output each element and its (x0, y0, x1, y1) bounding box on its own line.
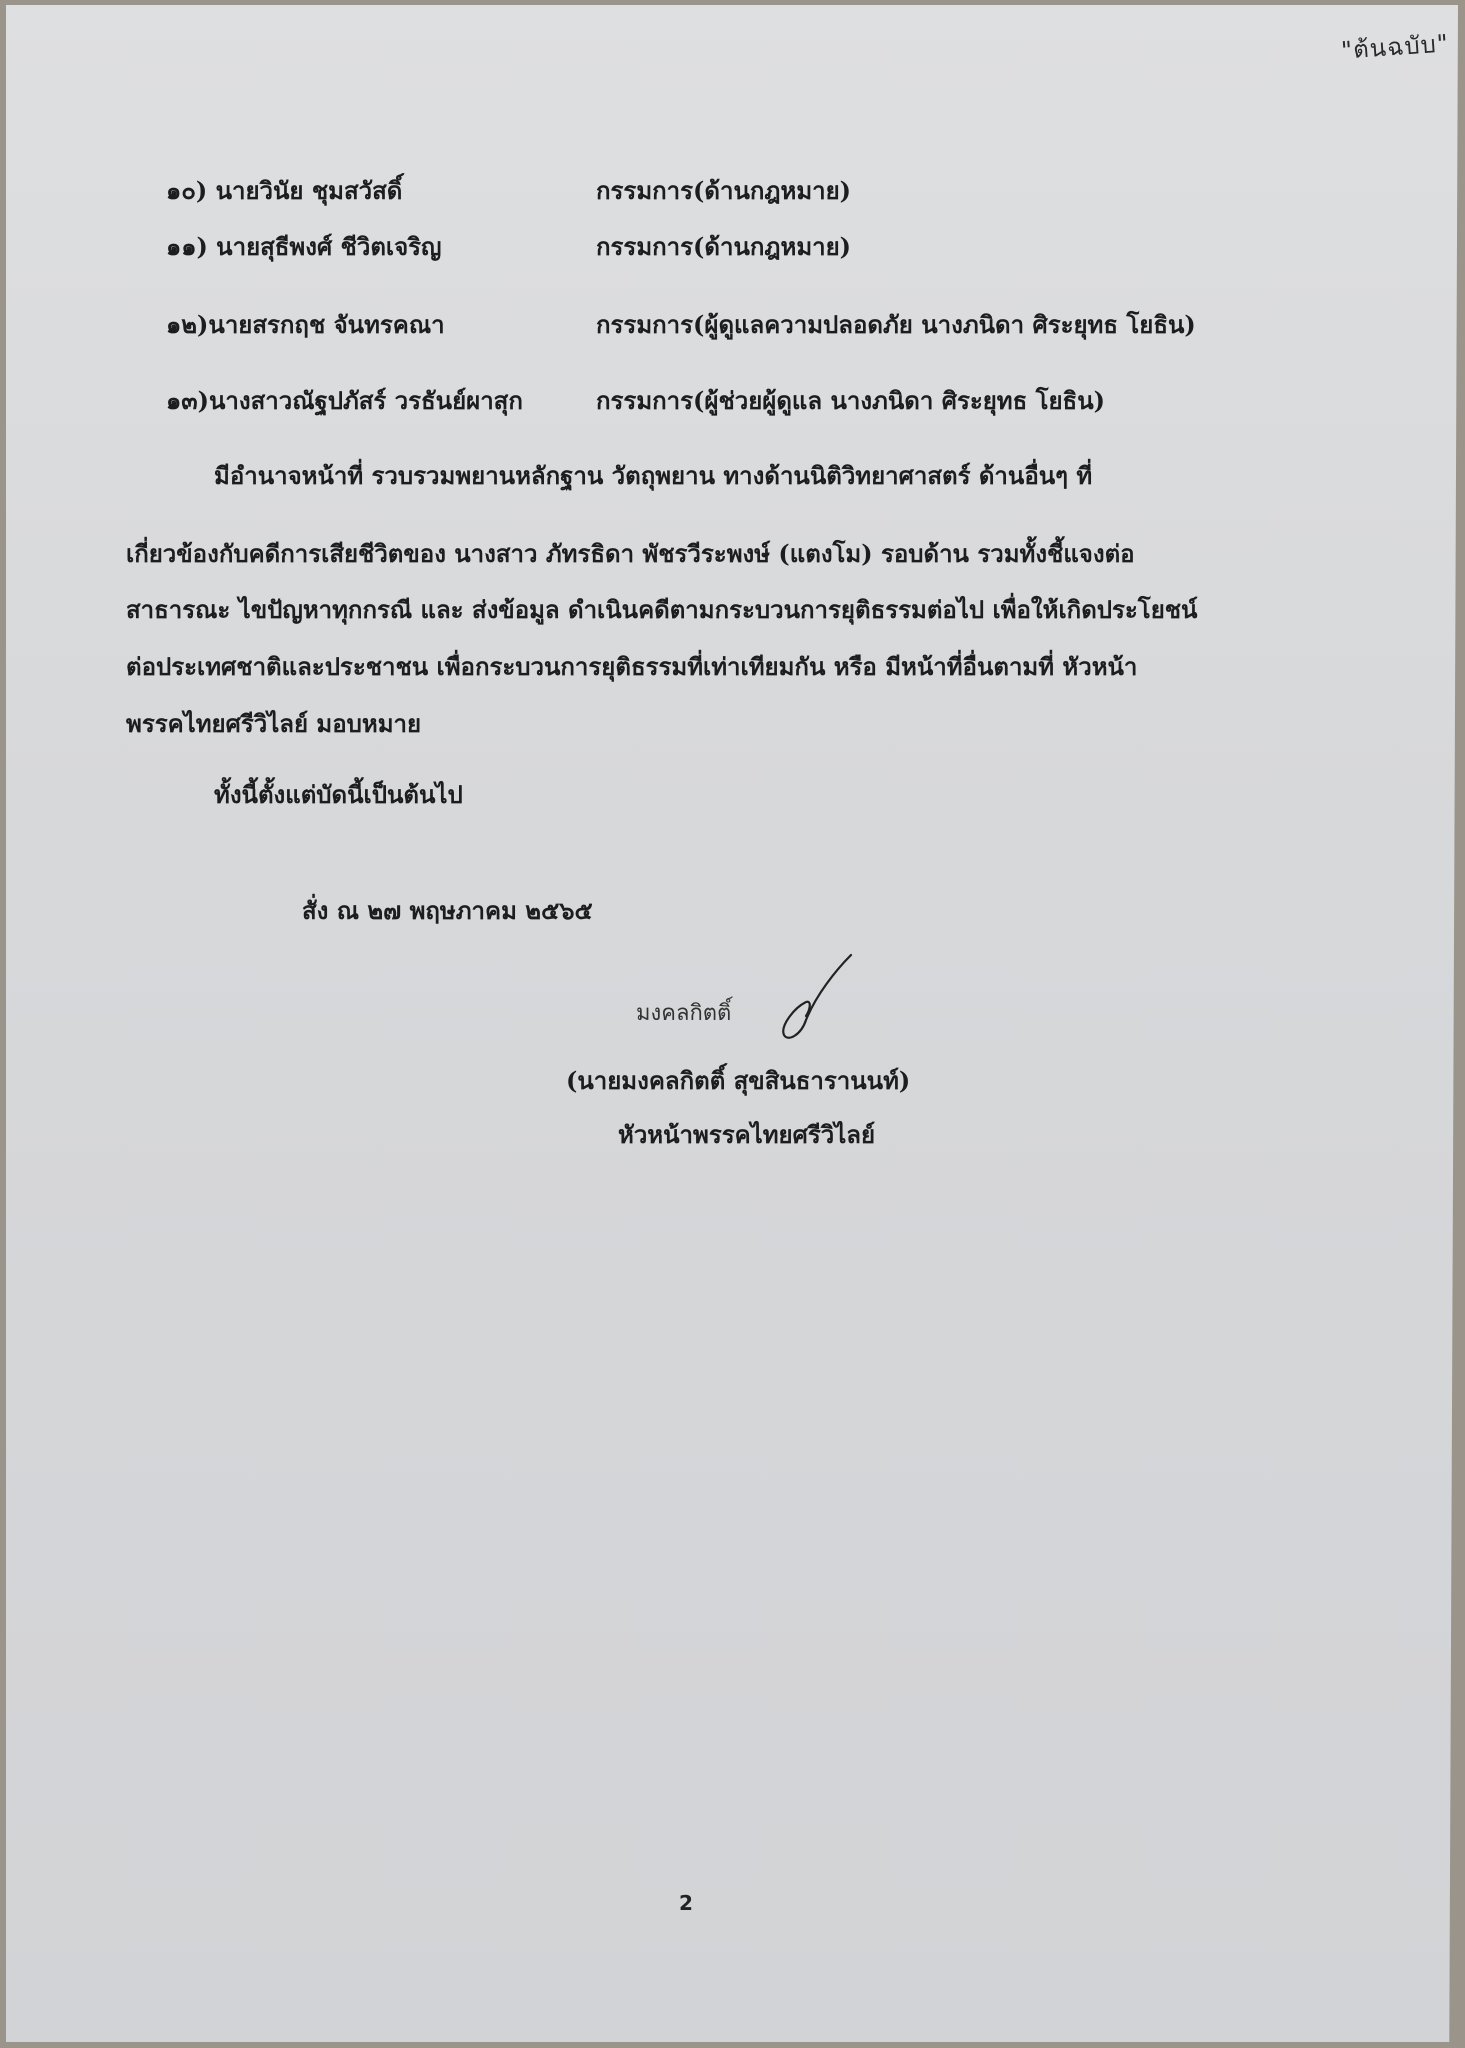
member-role: กรรมการ(ผู้ดูแลความปลอดภัย นางภนิดา ศิระ… (596, 311, 1196, 340)
document-page: "ต้นฉบับ" ๑๐) นายวินัย ชุมสวัสดิ์ กรรมกา… (6, 5, 1458, 2042)
handwritten-signature-name: มงคลกิตติ์ (636, 995, 731, 1030)
page-number: 2 (679, 1891, 693, 1915)
duties-line: เกี่ยวข้องกับคดีการเสียชีวิตของ นางสาว ภ… (126, 540, 1135, 569)
signer-title: หัวหน้าพรรคไทยศรีวิไลย์ (618, 1121, 875, 1150)
member-role: กรรมการ(ด้านกฎหมาย) (596, 233, 851, 262)
duties-line: ต่อประเทศชาติและประชาชน เพื่อกระบวนการยุ… (126, 653, 1137, 682)
member-name: ๑๓)นางสาวณัฐปภัสร์ วรธันย์ผาสุก (166, 387, 523, 416)
member-name: ๑๐) นายวินัย ชุมสวัสดิ์ (166, 177, 402, 206)
order-date: สั่ง ณ ๒๗ พฤษภาคม ๒๕๖๕ (302, 897, 593, 926)
member-name: ๑๑) นายสุธีพงศ์ ชีวิตเจริญ (166, 233, 442, 262)
signer-name: (นายมงคลกิตติ์ สุขสินธารานนท์) (566, 1067, 910, 1096)
duties-line: พรรคไทยศรีวิไลย์ มอบหมาย (126, 710, 421, 739)
member-name: ๑๒)นายสรกฤช จันทรคณา (166, 311, 445, 340)
duties-line: สาธารณะ ไขปัญหาทุกกรณี และ ส่งข้อมูล ดำเ… (126, 596, 1197, 625)
effective-clause: ทั้งนี้ตั้งแต่บัดนี้เป็นต้นไป (214, 781, 463, 810)
signature-stroke-icon (766, 950, 866, 1050)
duties-line: มีอำนาจหน้าที่ รวบรวมพยานหลักฐาน วัตถุพย… (214, 462, 1092, 491)
member-role: กรรมการ(ผู้ช่วยผู้ดูแล นางภนิดา ศิระยุทธ… (596, 387, 1105, 416)
handwritten-original-note: "ต้นฉบับ" (1340, 23, 1450, 69)
member-role: กรรมการ(ด้านกฎหมาย) (596, 177, 851, 206)
